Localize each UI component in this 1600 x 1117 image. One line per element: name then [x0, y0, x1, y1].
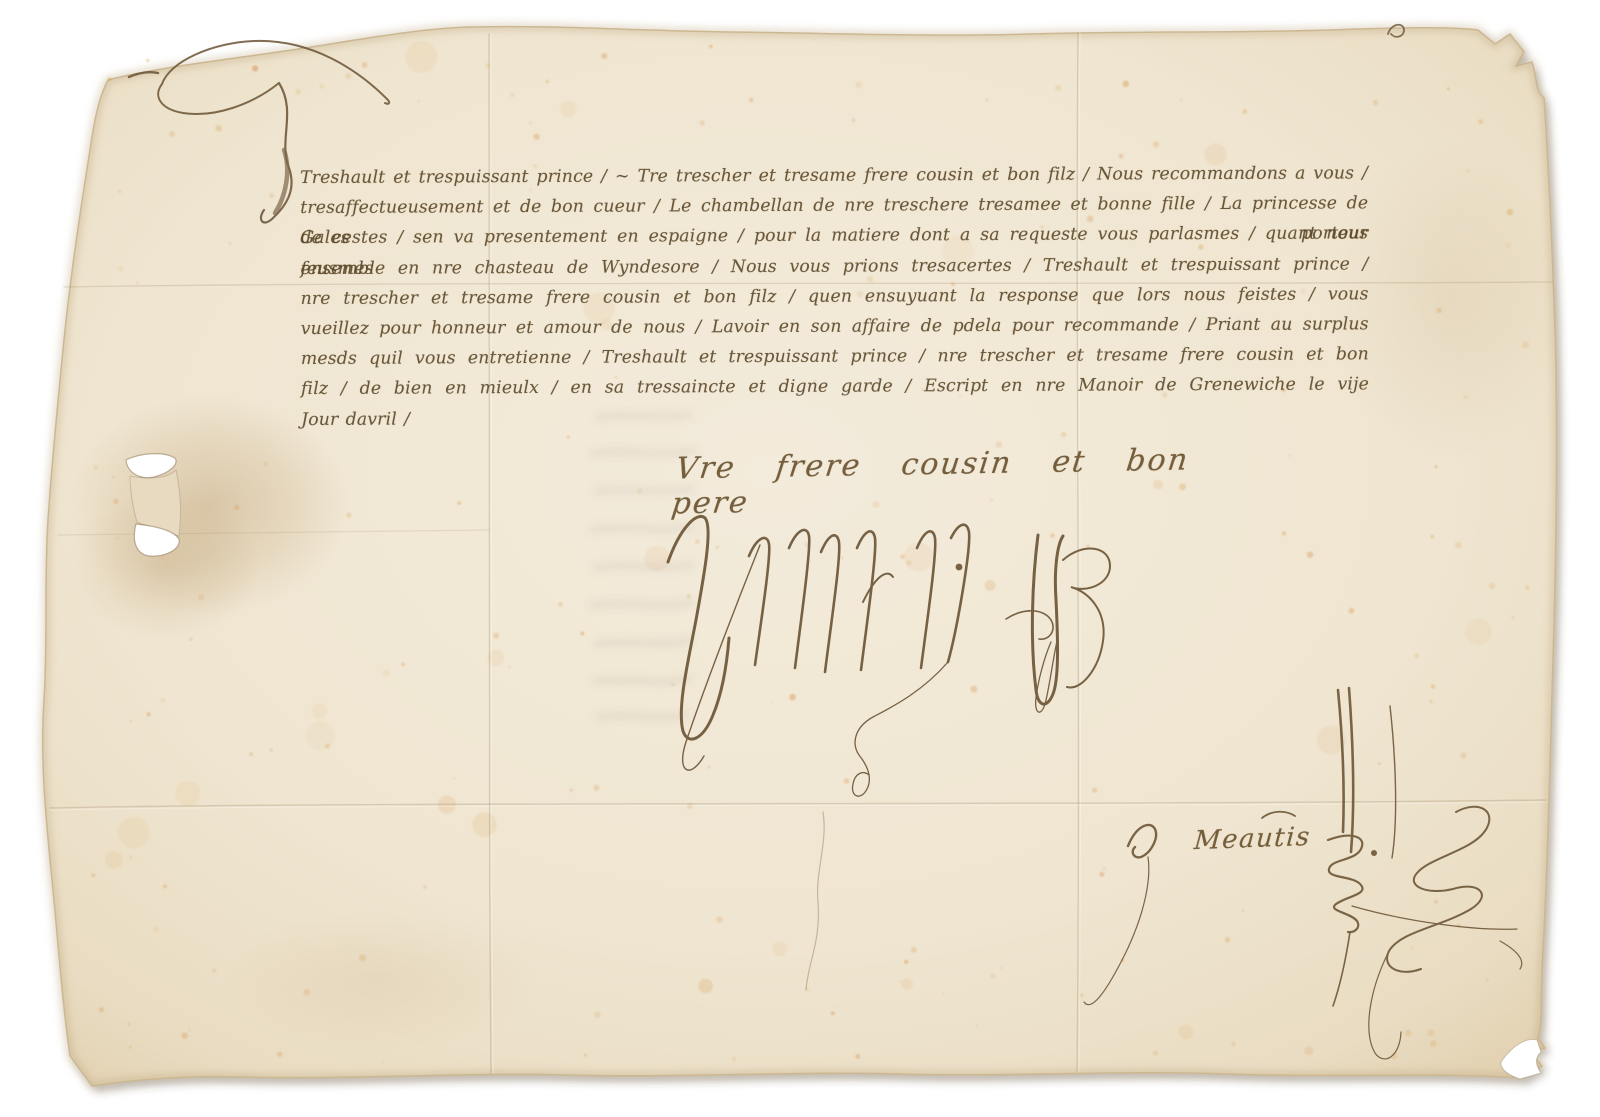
body-line: de cestes / sen va presentement en espai…: [300, 219, 1368, 254]
body-line: Jour davril /: [301, 400, 1369, 435]
body-line: vueillez pour honneur et amour de nous /…: [301, 309, 1369, 344]
manuscript-photograph: Treshault et trespuissant prince / ~ Tre…: [0, 0, 1600, 1117]
body-line: filz / de bien en mieulx / en sa tressai…: [301, 370, 1369, 405]
body-line: Treshault et trespuissant prince / ~ Tre…: [300, 158, 1368, 193]
body-line: tresaffectueusement et de bon cueur / Le…: [300, 189, 1368, 224]
body-line: mesds quil vous entretienne / Treshault …: [301, 339, 1369, 374]
closing-line: Vre frere cousin et bon pere: [673, 443, 1192, 496]
body-line: nre trescher et tresame frere cousin et …: [301, 279, 1369, 314]
countersignature-name: Meautis: [1193, 822, 1312, 856]
body-line: ensemble en nre chasteau de Wyndesore / …: [300, 249, 1368, 284]
letter-body: Treshault et trespuissant prince / ~ Tre…: [300, 158, 1369, 434]
